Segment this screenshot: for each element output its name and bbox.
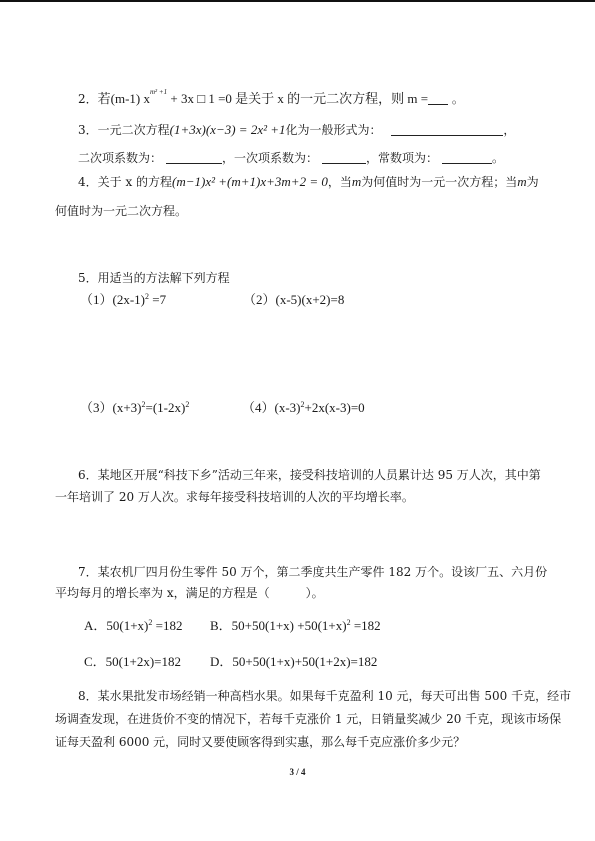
question-7-line-1: 7．某农机厂四月份生零件 50 万个，第二季度共生产零件 182 万个。设该厂五… [78,564,547,580]
question-text: 为何值时为一元一次方程；当 [361,175,517,189]
quadratic-coef-blank[interactable] [166,151,222,164]
label-quadratic-coef: 二次项系数为： [78,151,162,165]
punctuation: 。 [492,151,504,165]
question-text: 为 [527,175,539,189]
option-label: A． [84,618,106,633]
question-text: 关于 x 的方程 [98,175,172,189]
question-5-title: 5．用适当的方法解下列方程 [78,270,230,286]
label-constant: ，常数项为： [366,151,438,165]
q5-item-2: （2）(x-5)(x+2)=8 [243,292,344,308]
equation-part: + 3x □ 1 =0 是关于 x 的一元二次方程，则 m = [167,91,428,106]
question-2: 2．若(m-1) xm² +1 + 3x □ 1 =0 是关于 x 的一元二次方… [78,84,464,107]
option-b[interactable]: B．50+50(1+x) +50(1+x)2 =182 [210,618,381,634]
punctuation: ， [503,123,515,137]
question-4-line-2: 何值时为一元二次方程。 [55,203,187,219]
option-text: 50+50(1+x)+50(1+2x)=182 [232,654,377,669]
header-rule [0,0,595,2]
question-number: 2． [78,92,98,106]
q5-item-1: （1）(2x-1)2 =7 [80,292,166,308]
option-text: =182 [152,618,182,633]
option-text: 50(1+x) [106,618,148,633]
question-number: 3． [78,123,98,137]
page-number: 3 / 4 [0,767,595,777]
equation-part: 若(m-1) x [98,91,150,106]
equation-part: =(1-2x) [146,400,186,415]
item-label: （4） [242,400,275,415]
option-c[interactable]: C．50(1+2x)=182 [84,654,181,670]
answer-blank[interactable] [428,92,448,105]
question-4-line-1: 4．关于 x 的方程(m−1)x² +(m+1)x+3m+2 = 0，当m为何值… [78,174,539,190]
constant-blank[interactable] [442,151,492,164]
equation-part: (x-5)(x+2)=8 [276,292,345,307]
equation-part: (2x-1) [113,292,146,307]
item-label: （3） [80,400,113,415]
option-a[interactable]: A．50(1+x)2 =182 [84,618,182,634]
question-text: 化为一般形式为： [286,123,382,137]
equation-part: +2x(x-3)=0 [305,400,365,415]
question-8-line-1: 8．某水果批发市场经销一种高档水果。如果每千克盈利 10 元，每天可出售 500… [78,688,571,704]
question-3-line-2: 二次项系数为：，一次项系数为：，常数项为：。 [78,150,504,166]
question-number: 4． [78,175,98,189]
option-text: 50(1+2x)=182 [106,654,181,669]
linear-coef-blank[interactable] [322,151,366,164]
option-d[interactable]: D．50+50(1+x)+50(1+2x)=182 [210,654,377,670]
question-7-line-2: 平均每月的增长率为 x，满足的方程是（ ）。 [55,585,324,601]
equation: (1+3x)(x−3) = 2x² +1 [170,122,286,137]
general-form-blank[interactable] [391,123,503,136]
punctuation: 。 [448,92,464,106]
question-text: ，当 [328,175,352,189]
equation-part: (x+3) [113,400,142,415]
item-label: （1） [80,292,113,307]
question-text: 一元二次方程 [98,123,170,137]
equation-part: (x-3) [275,400,301,415]
option-label: B． [210,618,232,633]
q5-item-3: （3）(x+3)2=(1-2x)2 [80,400,189,416]
question-6-line-2: 一年培训了 20 万人次。求每年接受科技培训的人次的平均增长率。 [55,489,414,505]
equation-part: =7 [149,292,166,307]
exponent: m² +1 [150,88,167,96]
option-text: =182 [351,618,381,633]
q5-item-4: （4）(x-3)2+2x(x-3)=0 [242,400,365,416]
equation: (m−1)x² +(m+1)x+3m+2 = 0 [172,174,328,189]
question-3-line-1: 3．一元二次方程(1+3x)(x−3) = 2x² +1化为一般形式为： ， [78,122,515,138]
variable-m: m [352,174,361,189]
variable-m: m [517,174,526,189]
exponent: 2 [185,400,189,409]
item-label: （2） [243,292,276,307]
option-label: C． [84,654,106,669]
question-8-line-2: 场调查发现，在进货价不变的情况下，若每千克涨价 1 元，日销量奖减少 20 千克… [55,711,561,727]
question-8-line-3: 证每天盈利 6000 元，同时又要使顾客得到实惠，那么每千克应涨价多少元？ [55,734,465,750]
question-6-line-1: 6．某地区开展“科技下乡”活动三年来，接受科技培训的人员累计达 95 万人次，其… [78,467,541,483]
option-text: 50+50(1+x) +50(1+x) [232,618,347,633]
option-label: D． [210,654,232,669]
label-linear-coef: ，一次项系数为： [222,151,318,165]
